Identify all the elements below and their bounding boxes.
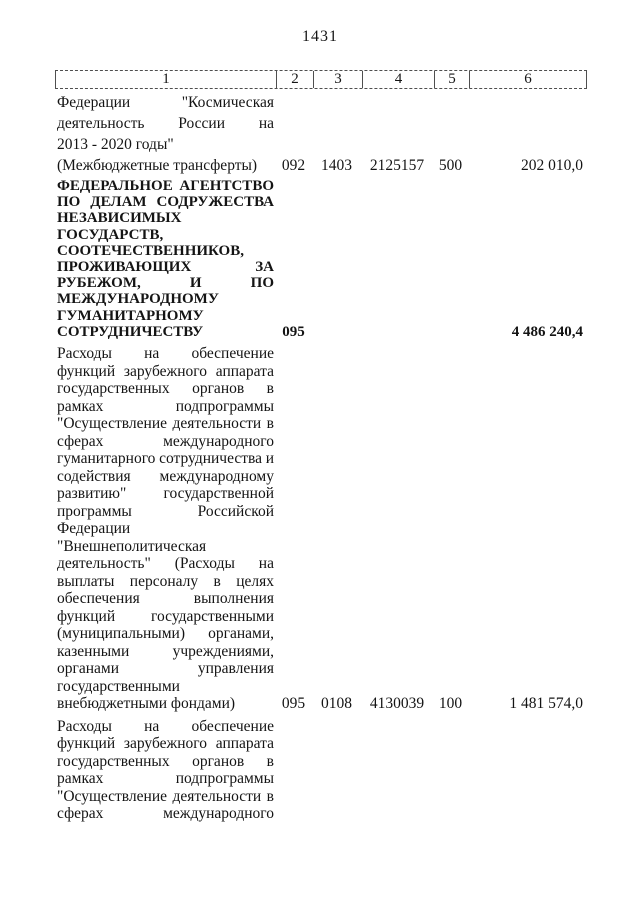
text-line: МЕЖДУНАРОДНОМУ bbox=[57, 291, 274, 307]
text-line: развитию"государственной bbox=[57, 485, 274, 503]
code-celst-cell: 4130039 bbox=[361, 695, 433, 713]
name-cell: Расходынаобеспечениефункцийзарубежногоап… bbox=[55, 718, 275, 823]
header-col-6: 6 bbox=[469, 71, 586, 88]
text-line: функцийзарубежногоаппарата bbox=[57, 735, 274, 753]
code-vidrash-cell: 100 bbox=[433, 695, 468, 713]
text-line: содействиямеждународному bbox=[57, 468, 274, 486]
code-vidrash-cell: 500 bbox=[433, 155, 468, 176]
text-line: сферахмеждународного bbox=[57, 433, 274, 451]
table-header-row: 1 2 3 4 5 6 bbox=[55, 70, 587, 89]
table-row: ФЕДЕРАЛЬНОЕАГЕНТСТВОПОДЕЛАМСОДРУЖЕСТВАНЕ… bbox=[55, 178, 587, 340]
text-line: Расходынаобеспечение bbox=[57, 345, 274, 363]
text-line: Расходынаобеспечение bbox=[57, 718, 274, 736]
text-line: внебюджетными фондами) bbox=[57, 695, 274, 713]
amount-cell: 1 481 574,0 bbox=[468, 695, 587, 713]
text-line: сферахмеждународного bbox=[57, 805, 274, 823]
text-line: органамиуправления bbox=[57, 660, 274, 678]
text-line: государственныхоргановв bbox=[57, 380, 274, 398]
text-line: ПОДЕЛАМСОДРУЖЕСТВА bbox=[57, 194, 274, 210]
budget-table: 1 2 3 4 5 6 Федерации"Космическаядеятель… bbox=[55, 70, 587, 823]
header-col-1: 1 bbox=[56, 71, 276, 88]
code-glava-cell: 095 bbox=[275, 695, 312, 713]
text-line: деятельностьРоссиина bbox=[57, 113, 274, 134]
code-razdel-cell: 1403 bbox=[312, 155, 361, 176]
text-line: выплатыперсоналувцелях bbox=[57, 573, 274, 591]
text-line: рамкахподпрограммы bbox=[57, 770, 274, 788]
document-page: 1431 1 2 3 4 5 6 Федерации"Космическаяде… bbox=[0, 0, 640, 905]
text-line: функцийзарубежногоаппарата bbox=[57, 363, 274, 381]
amount-cell: 202 010,0 bbox=[468, 155, 587, 176]
name-cell: Расходынаобеспечениефункцийзарубежногоап… bbox=[55, 345, 275, 713]
amount-cell: 4 486 240,4 bbox=[468, 324, 587, 340]
text-line: ПРОЖИВАЮЩИХЗА bbox=[57, 259, 274, 275]
text-line: СООТЕЧЕСТВЕННИКОВ, bbox=[57, 243, 274, 259]
text-line: 2013 - 2020 годы" bbox=[57, 134, 274, 155]
text-line: "Осуществлениедеятельностив bbox=[57, 788, 274, 806]
header-col-4: 4 bbox=[362, 71, 434, 88]
text-line: обеспечениявыполнения bbox=[57, 590, 274, 608]
text-line: (Межбюджетные трансферты) bbox=[57, 155, 274, 176]
text-line: Федерации bbox=[57, 520, 274, 538]
text-line: государственныхоргановв bbox=[57, 753, 274, 771]
text-line: ГОСУДАРСТВ, bbox=[57, 227, 274, 243]
text-line: Федерации"Космическая bbox=[57, 92, 274, 113]
text-line: ФЕДЕРАЛЬНОЕАГЕНТСТВО bbox=[57, 178, 274, 194]
code-razdel-cell: 0108 bbox=[312, 695, 361, 713]
code-glava-cell: 095 bbox=[275, 324, 312, 340]
text-line: СОТРУДНИЧЕСТВУ bbox=[57, 324, 274, 340]
table-row: Расходынаобеспечениефункцийзарубежногоап… bbox=[55, 718, 587, 823]
table-row: Расходынаобеспечениефункцийзарубежногоап… bbox=[55, 345, 587, 713]
header-col-3: 3 bbox=[313, 71, 362, 88]
text-line: программыРоссийской bbox=[57, 503, 274, 521]
table-rows: Федерации"КосмическаядеятельностьРоссиин… bbox=[55, 92, 587, 823]
text-line: "Осуществлениедеятельностив bbox=[57, 415, 274, 433]
text-line: РУБЕЖОМ,ИПО bbox=[57, 275, 274, 291]
page-number: 1431 bbox=[0, 28, 640, 46]
text-line: функцийгосударственными bbox=[57, 608, 274, 626]
table-row: Федерации"КосмическаядеятельностьРоссиин… bbox=[55, 92, 587, 176]
code-celst-cell: 2125157 bbox=[361, 155, 433, 176]
name-cell: Федерации"КосмическаядеятельностьРоссиин… bbox=[55, 92, 275, 176]
name-cell: ФЕДЕРАЛЬНОЕАГЕНТСТВОПОДЕЛАМСОДРУЖЕСТВАНЕ… bbox=[55, 178, 275, 340]
text-line: деятельность"(Расходына bbox=[57, 555, 274, 573]
text-line: "Внешнеполитическая bbox=[57, 538, 274, 556]
text-line: рамкахподпрограммы bbox=[57, 398, 274, 416]
text-line: НЕЗАВИСИМЫХ bbox=[57, 210, 274, 226]
header-col-2: 2 bbox=[276, 71, 313, 88]
text-line: государственными bbox=[57, 678, 274, 696]
text-line: ГУМАНИТАРНОМУ bbox=[57, 308, 274, 324]
header-col-5: 5 bbox=[434, 71, 469, 88]
text-line: (муниципальными)органами, bbox=[57, 625, 274, 643]
text-line: гуманитарногосотрудничестваи bbox=[57, 450, 274, 468]
code-glava-cell: 092 bbox=[275, 155, 312, 176]
text-line: казеннымиучреждениями, bbox=[57, 643, 274, 661]
